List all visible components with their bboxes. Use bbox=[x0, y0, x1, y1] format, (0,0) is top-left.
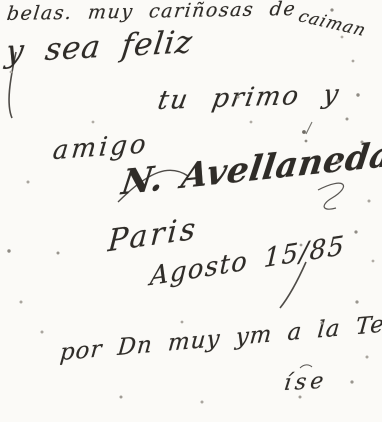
handwriting-line-postscript-2: íse bbox=[282, 369, 328, 396]
handwriting-line-postscript: por Dn muy ym a la Teguela bbox=[59, 305, 382, 366]
handwriting-line-wish: y sea feliz bbox=[4, 24, 195, 70]
handwriting-line-greeting-end: caiman bbox=[295, 7, 369, 41]
handwriting-line-closing-1: tu primo y bbox=[155, 80, 342, 117]
handwriting-line-place: Paris bbox=[107, 211, 200, 259]
scan-noise-speckles bbox=[0, 0, 2, 2]
letter-page: belas. muy cariñosas de caiman y sea fel… bbox=[0, 0, 382, 422]
signature: N. Avellaneda bbox=[119, 134, 382, 203]
handwriting-line-greeting: belas. muy cariñosas de bbox=[6, 0, 298, 25]
